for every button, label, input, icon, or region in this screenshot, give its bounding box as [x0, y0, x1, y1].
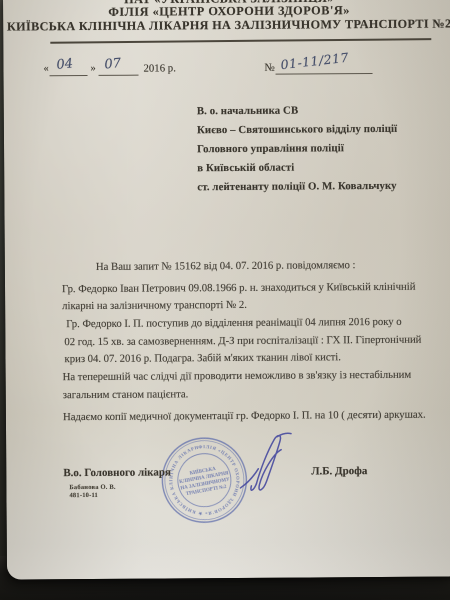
date-day-handwritten: 04	[56, 56, 74, 72]
doc-number-label: №	[264, 62, 274, 74]
document-content: ПАТ «УКРАЇНСЬКА ЗАЛІЗНИЦЯ» ФІЛІЯ «ЦЕНТР …	[3, 0, 450, 580]
body-line: 02 год. 15 хв. за самозверненням. Д-З пр…	[64, 334, 421, 348]
footer-signer-name: Л.Б. Дрофа	[311, 465, 367, 477]
signature-scribble	[226, 424, 299, 503]
recipient-line: ст. лейтенанту поліції О. М. Ковальчуку	[197, 180, 396, 193]
recipient-line: В. о. начальника СВ	[197, 105, 299, 118]
body-line: Гр. Федорко Іван Петрович 09.08.1966 р. …	[62, 281, 415, 295]
recipient-line: Києво – Святошинського відділу поліції	[197, 123, 397, 136]
body-line: криз 04. 07. 2016 р. Подагра. Забій м'як…	[64, 351, 340, 365]
body-line: загальним станом пацієнта.	[63, 388, 189, 401]
date-open-quote: «	[43, 63, 48, 74]
footer-executor-name: Бабанова О. В.	[69, 484, 115, 491]
body-line: Гр. Федорко І. П. поступив до відділення…	[66, 316, 401, 330]
letterhead-divider	[50, 38, 431, 43]
recipient-line: в Київській області	[197, 162, 294, 175]
date-month-underline	[99, 75, 139, 76]
footer-executor-phone: 481-10-11	[69, 492, 98, 499]
body-line: На теперешній час слідчі дії проводити н…	[63, 369, 412, 383]
doc-number-handwritten: 01-11/217	[280, 50, 350, 73]
footer-signer-title: В.о. Головного лікаря	[63, 466, 171, 479]
body-line: лікарні на залізничному транспорті № 2.	[62, 299, 247, 312]
date-close-quote: »	[90, 63, 95, 74]
date-year-text: 2016 р.	[143, 62, 175, 74]
date-day-underline	[50, 75, 88, 76]
doc-number-underline	[276, 73, 373, 75]
body-line: На Ваш запит № 15162 від 04. 07. 2016 р.…	[96, 259, 356, 273]
body-line: Надаємо копії медичної документації гр. …	[63, 409, 426, 424]
recipient-line: Головного управління поліції	[197, 142, 344, 155]
date-month-handwritten: 07	[104, 56, 122, 72]
letterhead-line-2: КИЇВСЬКА КЛІНІЧНА ЛІКАРНЯ НА ЗАЛІЗНИЧНОМ…	[3, 16, 450, 34]
document-paper: ПАТ «УКРАЇНСЬКА ЗАЛІЗНИЦЯ» ФІЛІЯ «ЦЕНТР …	[3, 0, 450, 580]
